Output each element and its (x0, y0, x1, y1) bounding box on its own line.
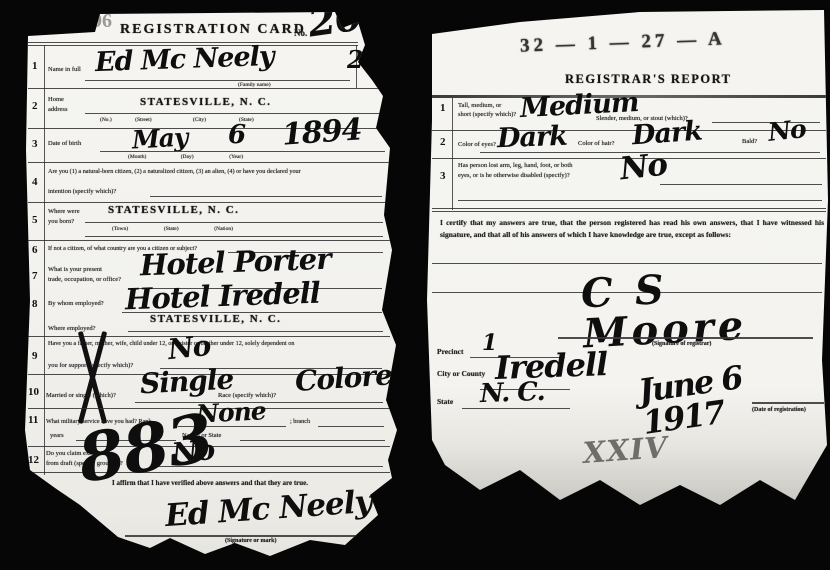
employer-value: Hotel Iredell (125, 279, 321, 315)
form-label: Form 1 (38, 26, 58, 34)
line2-label-b: address (48, 106, 68, 114)
line11-underline-b (318, 426, 384, 427)
eyes-value: Dark (497, 123, 568, 152)
report-line1-number: 1 (440, 102, 446, 114)
occupation-value: Hotel Porter (140, 245, 331, 281)
number-column-rule (44, 45, 45, 475)
serial-number-handwritten: 20 (305, 0, 364, 44)
state-underline (462, 408, 570, 409)
report-line1-label-b: short (specify which)? (458, 111, 516, 119)
line7-number: 7 (32, 270, 38, 282)
line7-label-a: What is your present (48, 266, 102, 274)
report-line3-underline-b (458, 200, 822, 201)
line8-number: 8 (32, 298, 38, 310)
home-address-stamp: STATESVILLE, N. C. (140, 96, 271, 108)
line5-label-b: you born? (48, 218, 74, 226)
signature-underline (125, 535, 385, 537)
date-sublabel: (Date of registration) (752, 407, 806, 415)
line7-label-b: trade, occupation, or office? (48, 276, 121, 284)
line3-number: 3 (32, 138, 38, 150)
back-number-column-rule (452, 98, 453, 210)
line4-label-a: Are you (1) a natural-born citizen, (2) … (48, 168, 383, 176)
hair-value: Dark (631, 118, 703, 150)
registrar-signature-sublabel: (Signature of registrar) (652, 341, 711, 349)
where-employed-label: Where employed? (48, 325, 95, 333)
report-line2-number: 2 (440, 136, 446, 148)
race-value: Colored (294, 360, 411, 396)
stamp-code: 32 — 1 — 27 — A (520, 28, 726, 57)
line5-sublabels: (Town) (State) (Nation) (112, 226, 233, 233)
report-line3-number: 3 (440, 170, 446, 182)
report-line3-underline-a (660, 184, 822, 185)
line9-number: 9 (32, 350, 38, 362)
report-rule-3b (432, 211, 826, 212)
cert-blank-line-1 (432, 263, 822, 264)
birthplace-stamp: STATESVILLE, N. C. (108, 204, 239, 216)
birth-year-value: 1894 (281, 115, 362, 150)
registration-date-value: June 6 1917 (636, 349, 830, 439)
line4-underline (150, 196, 382, 197)
married-label: Married or single (which)? (46, 392, 116, 400)
signature-sublabel: (Signature or mark) (225, 538, 276, 546)
line11-number: 11 (28, 414, 38, 426)
state-label: State (437, 397, 453, 407)
line3-label: Date of birth (48, 140, 81, 148)
dependents-value: No (167, 332, 212, 364)
back-title: REGISTRAR'S REPORT (565, 72, 732, 87)
row-rule-1 (28, 88, 388, 89)
eyes-label: Color of eyes? (458, 141, 496, 149)
report-line3-label-a: Has person lost arm, leg, hand, foot, or… (458, 162, 572, 170)
bald-value: No (767, 116, 807, 145)
line10-number: 10 (28, 386, 39, 398)
row-rule-5 (28, 240, 390, 241)
line1-underline (85, 80, 350, 81)
serial-no-label: No. (294, 28, 307, 40)
line5-underline-b (85, 236, 383, 237)
line4-label-b: intention (specify which)? (48, 188, 116, 196)
employer-location-stamp: STATESVILLE, N. C. (150, 313, 281, 325)
report-line3-label-b: eyes, or is he otherwise disabled (speci… (458, 172, 570, 180)
date-underline (752, 402, 824, 404)
report-line1-label-a: Tall, medium, or (458, 102, 501, 110)
precinct-label: Precinct (437, 347, 464, 357)
nation-underline (240, 440, 385, 441)
report-rule-3 (432, 208, 826, 209)
front-title: REGISTRATION CARD (120, 22, 306, 38)
line3-underline (100, 151, 385, 152)
hair-label: Color of hair? (578, 140, 614, 148)
branch-label: ; branch (290, 418, 310, 426)
disability-value: No (619, 150, 669, 186)
row-rule-4 (28, 202, 390, 203)
line5-number: 5 (32, 214, 38, 226)
birth-month-value: May (131, 125, 188, 153)
city-county-label: City or County (437, 369, 485, 379)
registrar-signature-underline (558, 337, 813, 339)
line3-sublabels: (Month) (Day) (Year) (128, 154, 243, 161)
line2-number: 2 (32, 100, 38, 112)
line2-label-a: Home (48, 96, 64, 104)
line1-number: 1 (32, 60, 38, 72)
row-rule-3 (28, 162, 390, 163)
stamp-96: 96 (92, 10, 112, 33)
bald-label: Bald? (742, 138, 757, 146)
certification-text: I certify that my answers are true, that… (440, 217, 824, 241)
line4-number: 4 (32, 176, 38, 188)
line5-label-a: Where were (48, 208, 80, 216)
years-label: years (50, 432, 64, 440)
line8-underline-b (128, 331, 383, 332)
line12-number: 12 (28, 454, 39, 466)
line8-label: By whom employed? (48, 300, 104, 308)
registrant-signature: Ed Mc Neely (164, 487, 372, 532)
scanned-draft-registration-card: Form 1 96 REGISTRATION CARD No. 20 1 Nam… (0, 0, 830, 570)
state-value: N. C. (480, 379, 545, 407)
line6-number: 6 (32, 244, 38, 256)
birth-day-value: 6 (228, 122, 245, 148)
line5-underline-a (85, 222, 383, 223)
name-value: Ed Mc Neely (95, 43, 274, 76)
line1-label: Name in full (48, 66, 81, 74)
age-value: 23 (347, 48, 378, 72)
page-mark: XXIV (582, 433, 669, 468)
